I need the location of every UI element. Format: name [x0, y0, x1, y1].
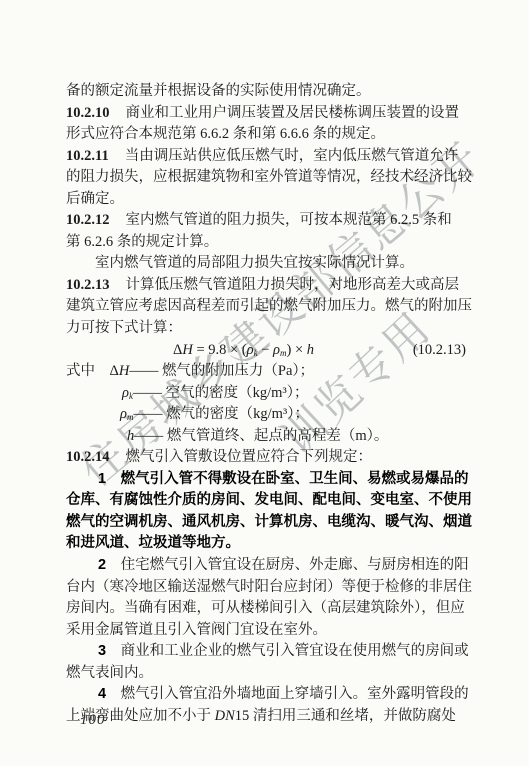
text-line: 后确定。: [66, 189, 466, 211]
text-run: 建筑立管应考虑因高程差而引起的燃气附加压力。燃气的附加压: [66, 298, 472, 314]
text-line: 10.2.14燃气引入管敷设位置应符合下列规定：: [66, 447, 466, 469]
text-run: —— 燃气的附加压力（Pa）；: [129, 363, 314, 379]
text-run: 第 6.2.6 条的规定计算。: [66, 234, 218, 250]
text-line: 第 6.2.6 条的规定计算。: [66, 232, 466, 254]
text-run: 室内燃气管道的阻力损失，可按本规范第 6.2.5 条和: [126, 212, 452, 228]
text-run: −: [258, 342, 273, 358]
text-line: 10.2.12室内燃气管道的阻力损失，可按本规范第 6.2.5 条和: [66, 210, 466, 232]
text-line: 燃气的空调机房、通风机房、计算机房、电缆沟、暖气沟、烟道: [66, 512, 466, 534]
text-run: Δ: [173, 342, 182, 358]
text-run: 后确定。: [66, 191, 124, 207]
text-run: 燃气表间内。: [66, 665, 153, 681]
text-run: —— 燃气管道终、起点的高程差（m）。: [134, 428, 388, 444]
text-line: ρm—— 燃气的密度（kg/m³）；: [120, 404, 466, 426]
text-run: 住宅燃气引入管宜设在厨房、外走廊、与厨房相连的阳: [106, 557, 469, 573]
text-line: 形式应符合本规范第 6.6.2 条和第 6.6.6 条的规定。: [66, 124, 466, 146]
text-line: 燃气表间内。: [66, 663, 466, 685]
text-run: 当由调压站供应低压燃气时，室内低压燃气管道允许: [125, 148, 459, 164]
text-run: H: [119, 363, 129, 379]
text-run: —— 空气的密度（kg/m³）；: [133, 385, 309, 401]
text-run: 采用金属管道且引入管阀门宜设在室外。: [66, 622, 327, 638]
text-run: ) ×: [287, 342, 307, 358]
text-line: 10.2.13计算低压燃气管道阻力损失时，对地形高差大或高层: [66, 275, 466, 297]
text-run: ρ: [273, 342, 280, 358]
text-line: ρk—— 空气的密度（kg/m³）；: [122, 383, 466, 405]
text-run: 燃气的空调机房、通风机房、计算机房、电缆沟、暖气沟、烟道: [66, 514, 472, 530]
text-run: ρ: [120, 406, 127, 422]
text-line: 1 燃气引入管不得敷设在卧室、卫生间、易燃或易爆品的: [98, 469, 466, 491]
text-line: 力可按下式计算：: [66, 318, 466, 340]
text-line: 2 住宅燃气引入管宜设在厨房、外走廊、与厨房相连的阳: [98, 555, 466, 577]
text-line: 10.2.11当由调压站供应低压燃气时，室内低压燃气管道允许: [66, 146, 466, 168]
text-run: 商业和工业企业的燃气引入管宜设在使用燃气的房间或: [106, 643, 469, 659]
text-line: 3 商业和工业企业的燃气引入管宜设在使用燃气的房间或: [98, 641, 466, 663]
text-run: 燃气引入管敷设位置应符合下列规定：: [126, 449, 373, 465]
text-run: 形式应符合本规范第 6.6.2 条和第 6.6.6 条的规定。: [66, 126, 385, 142]
text-line: 4 燃气引入管宜沿外墙地面上穿墙引入。室外露明管段的: [98, 684, 466, 706]
text-run: 1 燃气引入管不得敷设在卧室、卫生间、易燃或易爆品的: [98, 471, 469, 487]
page-number: 100: [80, 712, 106, 729]
text-run: 备的额定流量并根据设备的实际使用情况确定。: [66, 83, 371, 99]
text-run: 10.2.12: [66, 212, 126, 228]
text-line: ΔH = 9.8 × (ρk − ρm) × h(10.2.13): [173, 340, 466, 362]
text-run: 4: [98, 686, 106, 702]
text-run: 10.2.14: [66, 449, 126, 465]
text-run: h: [307, 342, 314, 358]
text-run: 力可按下式计算：: [66, 320, 182, 336]
text-line: h—— 燃气管道终、起点的高程差（m）。: [127, 426, 466, 448]
text-run: ρ: [247, 342, 254, 358]
text-line: 10.2.10商业和工业用户调压装置及居民楼栋调压装置的设置: [66, 103, 466, 125]
text-line: 备的额定流量并根据设备的实际使用情况确定。: [66, 81, 466, 103]
text-run: 2: [98, 557, 106, 573]
text-run: 10.2.10: [66, 105, 126, 121]
text-run: 10.2.11: [66, 148, 125, 164]
text-run: 室内燃气管道的局部阻力损失宜按实际情况计算。: [95, 255, 414, 271]
text-run: 15 清扫用三通和丝堵，并做防腐处: [235, 708, 456, 724]
text-line: 的阻力损失，应根据建筑物和室外管道等情况，经技术经济比较: [66, 167, 466, 189]
text-line: 仓库、有腐蚀性介质的房间、发电间、配电间、变电室、不使用: [66, 490, 466, 512]
text-run: 计算低压燃气管道阻力损失时，对地形高差大或高层: [126, 277, 460, 293]
text-run: 和进风道、垃圾道等地方。: [66, 535, 240, 551]
text-run: 式中 Δ: [66, 363, 119, 379]
body-text: 备的额定流量并根据设备的实际使用情况确定。10.2.10商业和工业用户调压装置及…: [66, 81, 466, 727]
text-line: 房间内。当确有困难，可从楼梯间引入（高层建筑除外），但应: [66, 598, 466, 620]
text-run: —— 燃气的密度（kg/m³）；: [133, 406, 309, 422]
text-line: 采用金属管道且引入管阀门宜设在室外。: [66, 620, 466, 642]
text-run: 仓库、有腐蚀性介质的房间、发电间、配电间、变电室、不使用: [66, 492, 472, 508]
text-run: H: [182, 342, 192, 358]
text-run: 10.2.13: [66, 277, 126, 293]
text-run: 3: [98, 643, 106, 659]
text-line: 建筑立管应考虑因高程差而引起的燃气附加压力。燃气的附加压: [66, 296, 466, 318]
text-run: 房间内。当确有困难，可从楼梯间引入（高层建筑除外），但应: [66, 600, 465, 616]
text-run: = 9.8 × (: [193, 342, 247, 358]
text-run: ρ: [122, 385, 129, 401]
text-run: 燃气引入管宜沿外墙地面上穿墙引入。室外露明管段的: [106, 686, 469, 702]
document-page: 住房城乡建设部信息公开 训览专用 备的额定流量并根据设备的实际使用情况确定。10…: [0, 0, 529, 766]
text-run: 台内（寒冷地区输送湿燃气时阳台应封闭）等便于检修的非居住: [66, 579, 472, 595]
text-run: 的阻力损失，应根据建筑物和室外管道等情况，经技术经济比较: [66, 169, 472, 185]
text-run: 商业和工业用户调压装置及居民楼栋调压装置的设置: [126, 105, 460, 121]
text-run: DN: [215, 708, 235, 724]
text-line: 台内（寒冷地区输送湿燃气时阳台应封闭）等便于检修的非居住: [66, 577, 466, 599]
text-line: 上端弯曲处应加不小于 DN15 清扫用三通和丝堵，并做防腐处: [66, 706, 466, 728]
text-line: 和进风道、垃圾道等地方。: [66, 533, 466, 555]
formula-number: (10.2.13): [413, 340, 466, 362]
text-line: 式中 ΔH—— 燃气的附加压力（Pa）；: [66, 361, 466, 383]
text-line: 室内燃气管道的局部阻力损失宜按实际情况计算。: [95, 253, 466, 275]
